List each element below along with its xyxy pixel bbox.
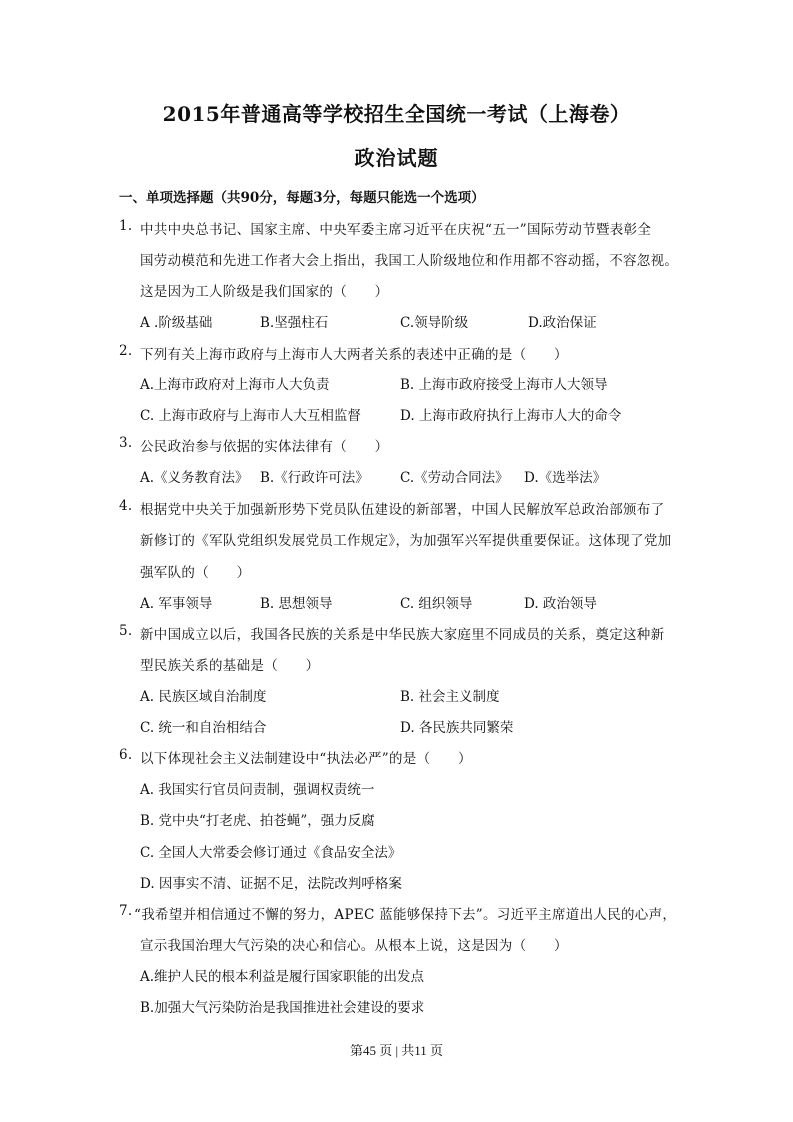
option-b: B. 思想领导 [260,592,333,612]
option-c: C. 全国人大常委会修订通过《食品安全法》 [140,841,401,861]
page-footer: 第45 页 | 共11 页 [0,1040,793,1059]
option-a: A.维护人民的根本利益是履行国家职能的出发点 [140,965,424,985]
option-d: D.政治保证 [528,311,597,331]
option-b: B. 党中央“打老虎、拍苍蝇”，强力反腐 [140,809,375,829]
option-b: B.加强大气污染防治是我国推进社会建设的要求 [140,996,424,1016]
option-a: A .阶级基础 [140,311,212,331]
option-b: B. 社会主义制度 [400,685,500,705]
question-text-line: 强军队的（ ） [140,561,250,581]
question-text-line: 以下体现社会主义法制建设中“执法必严”的是（ ） [140,747,472,767]
option-d: D. 因事实不清、证据不足，法院改判呼格案 [140,872,402,892]
option-b: B. 上海市政府接受上海市人大领导 [400,373,608,393]
question-text-line: 这是因为工人阶级是我们国家的（ ） [140,280,388,300]
option-b: B.坚强柱石 [260,311,328,331]
question-text-line: 型民族关系的基础是（ ） [140,654,319,674]
option-c: C. 上海市政府与上海市人大互相监督 [140,404,361,424]
question-text-line: 宣示我国治理大气污染的决心和信心。从根本上说，这是因为（ ） [140,934,568,954]
question-number: 3. [119,435,132,451]
option-a: A. 我国实行官员问责制，强调权责统一 [140,778,374,798]
option-b: B.《行政许可法》 [260,466,369,486]
question-text-line: 国劳动模范和先进工作者大会上指出，我国工人阶级地位和作用都不容动摇，不容忽视。 [140,249,678,269]
question-number: 4. [119,498,132,514]
option-a: A.《义务教育法》 [140,466,249,486]
option-c: C.《劳动合同法》 [400,466,509,486]
question-text-line: 根据党中央关于加强新形势下党员队伍建设的新部署，中国人民解放军总政治部颁布了 [140,498,664,518]
option-a: A.上海市政府对上海市人大负责 [140,373,330,393]
option-a: A. 军事领导 [140,592,212,612]
option-a: A. 民族区域自治制度 [140,685,266,705]
option-c: C. 统一和自治相结合 [140,716,266,736]
question-text-line: 公民政治参与依据的实体法律有（ ） [140,435,388,455]
question-text-line: 新中国成立以后，我国各民族的关系是中华民族大家庭里不同成员的关系，奠定这种新 [140,623,664,643]
option-d: D. 政治领导 [524,592,597,612]
question-number: 2. [119,343,132,359]
option-d: D.《选举法》 [524,466,606,486]
question-text-line: 新修订的《军队党组织发展党员工作规定》，为加强军兴军提供重要保证。这体现了党加 [140,529,671,549]
question-text-line: 中共中央总书记、国家主席、中央军委主席习近平在庆祝“五一”国际劳动节暨表彰全 [140,218,651,238]
document-subtitle: 政治试题 [0,142,793,171]
question-number: 1. [119,218,132,234]
option-c: C. 组织领导 [400,592,472,612]
option-d: D. 各民族共同繁荣 [400,716,513,736]
question-text-line: “我希望并相信通过不懈的努力，APEC 蓝能够保持下去”。习近平主席道出人民的心… [134,903,676,923]
section-heading: 一、单项选择题（共90分，每题3分，每题只能选一个选项） [119,186,485,206]
question-number: 7. [119,903,132,919]
document-title: 2015年普通高等学校招生全国统一考试（上海卷） [0,98,793,127]
option-c: C.领导阶级 [400,311,468,331]
option-d: D. 上海市政府执行上海市人大的命令 [400,404,621,424]
question-text-line: 下列有关上海市政府与上海市人大两者关系的表述中正确的是（ ） [140,343,568,363]
question-number: 6. [119,747,132,763]
question-number: 5. [119,623,132,639]
